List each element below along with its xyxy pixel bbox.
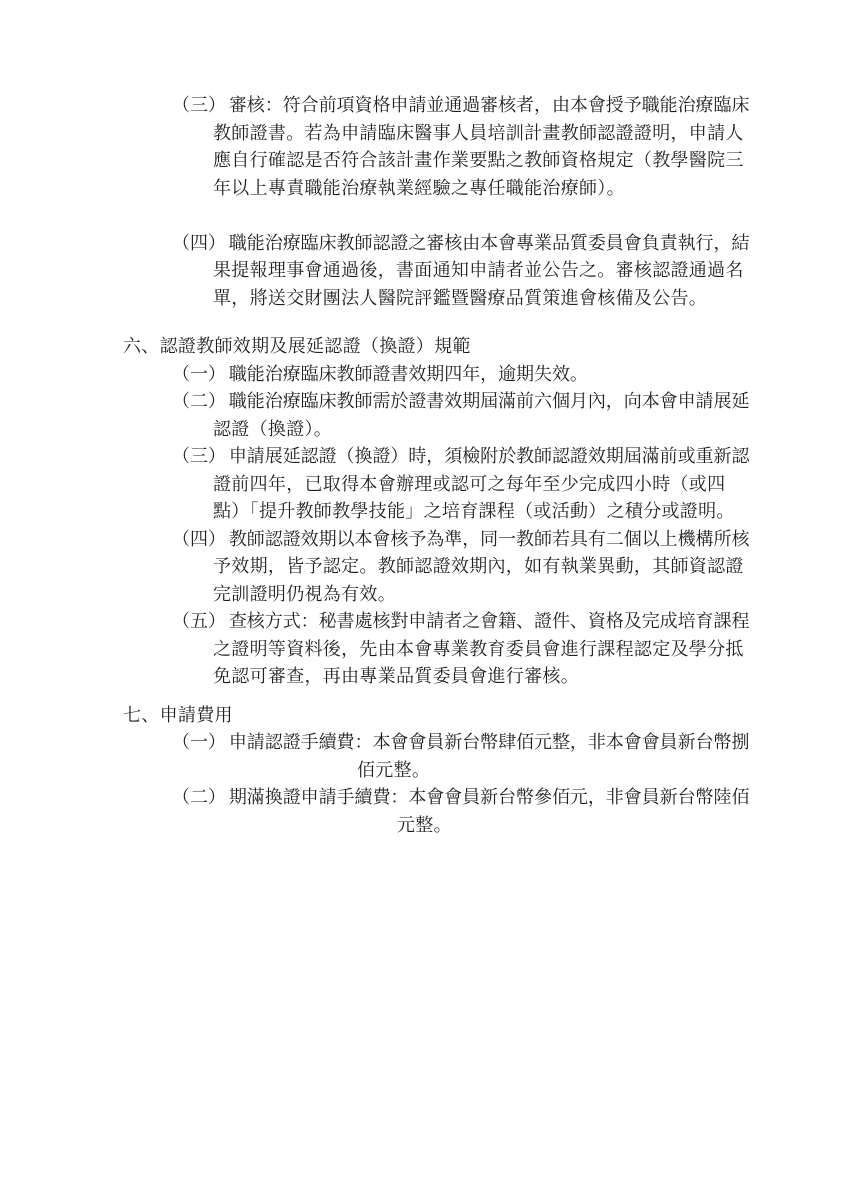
item-marker: （三） [172, 95, 226, 116]
item-text: 申請認證手續費：本會會員新台幣肆佰元整，非本會會員新台幣捌 [229, 732, 750, 753]
item-continuation-line: 元整。 [0, 812, 849, 840]
item-text: 職能治療臨床教師認證之審核由本會專業品質委員會負責執行，結 [229, 233, 750, 254]
item-continuation-line: 應自行確認是否符合該計畫作業要點之教師資格規定（教學醫院三 [0, 147, 849, 175]
item-text: 職能治療臨床教師證書效期四年，逾期失效。 [229, 364, 588, 385]
item-continuation-line: 點）「提升教師教學技能」之培育課程（或活動）之積分或證明。 [0, 498, 849, 526]
list-item: （二）期滿換證申請手續費：本會會員新台幣參佰元，非會員新台幣陸佰 元整。 [0, 784, 849, 839]
item-continuation-line: 予效期，皆予認定。教師認證效期內，如有執業異動，其師資認證 [0, 553, 849, 581]
section-heading: 七、申請費用 [0, 702, 849, 730]
item-line: （三）審核：符合前項資格申請並通過審核者，由本會授予職能治療臨床 [0, 92, 849, 120]
list-item: （一）申請認證手續費：本會會員新台幣肆佰元整，非本會會員新台幣捌 佰元整。 [0, 729, 849, 784]
list-item: （五）查核方式：秘書處核對申請者之會籍、證件、資格及完成培育課程 之證明等資料後… [0, 608, 849, 691]
item-marker: （四） [172, 233, 226, 254]
item-marker: （二） [172, 391, 226, 412]
list-item: （二）職能治療臨床教師需於證書效期屆滿前六個月內，向本會申請展延 認證（換證）。 [0, 388, 849, 443]
item-line: （五）查核方式：秘書處核對申請者之會籍、證件、資格及完成培育課程 [0, 608, 849, 636]
item-continuation-line: 年以上專責職能治療執業經驗之專任職能治療師）。 [0, 175, 849, 203]
item-text: 查核方式：秘書處核對申請者之會籍、證件、資格及完成培育課程 [229, 611, 750, 632]
item-marker: （四） [172, 529, 226, 550]
item-continuation-line: 果提報理事會通過後，書面通知申請者並公告之。審核認證通過名 [0, 257, 849, 285]
item-continuation-line: 佰元整。 [0, 757, 849, 785]
item-continuation-line: 免認可審查，再由專業品質委員會進行審核。 [0, 663, 849, 691]
item-marker: （一） [172, 364, 226, 385]
document-page: （三）審核：符合前項資格申請並通過審核者，由本會授予職能治療臨床 教師證書。若為… [0, 0, 849, 1200]
item-marker: （三） [172, 446, 226, 467]
item-continuation-line: 之證明等資料後，先由本會專業教育委員會進行課程認定及學分抵 [0, 636, 849, 664]
item-line: （二）職能治療臨床教師需於證書效期屆滿前六個月內，向本會申請展延 [0, 388, 849, 416]
list-item: （三）申請展延認證（換證）時，須檢附於教師認證效期屆滿前或重新認 證前四年，已取… [0, 443, 849, 526]
item-continuation-line: 完訓證明仍視為有效。 [0, 581, 849, 609]
item-line: （四）職能治療臨床教師認證之審核由本會專業品質委員會負責執行，結 [0, 230, 849, 258]
list-item: （一）職能治療臨床教師證書效期四年，逾期失效。 [0, 361, 849, 389]
item-line: （二）期滿換證申請手續費：本會會員新台幣參佰元，非會員新台幣陸佰 [0, 784, 849, 812]
item-line: （一）申請認證手續費：本會會員新台幣肆佰元整，非本會會員新台幣捌 [0, 729, 849, 757]
item-line: （一）職能治療臨床教師證書效期四年，逾期失效。 [0, 361, 849, 389]
item-text: 期滿換證申請手續費：本會會員新台幣參佰元，非會員新台幣陸佰 [229, 787, 750, 808]
document-body: （三）審核：符合前項資格申請並通過審核者，由本會授予職能治療臨床 教師證書。若為… [0, 92, 849, 839]
item-text: 申請展延認證（換證）時，須檢附於教師認證效期屆滿前或重新認 [229, 446, 750, 467]
list-item: （三）審核：符合前項資格申請並通過審核者，由本會授予職能治療臨床 教師證書。若為… [0, 92, 849, 202]
list-item: （四）教師認證效期以本會核予為準，同一教師若具有二個以上機構所核 予效期，皆予認… [0, 526, 849, 609]
item-continuation-line: 教師證書。若為申請臨床醫事人員培訓計畫教師認證證明，申請人 [0, 120, 849, 148]
item-continuation-line: 認證（換證）。 [0, 416, 849, 444]
list-item: （四）職能治療臨床教師認證之審核由本會專業品質委員會負責執行，結 果提報理事會通… [0, 230, 849, 313]
item-marker: （二） [172, 787, 226, 808]
item-text: 審核：符合前項資格申請並通過審核者，由本會授予職能治療臨床 [229, 95, 750, 116]
section-heading: 六、認證教師效期及展延認證（換證）規範 [0, 333, 849, 361]
item-line: （三）申請展延認證（換證）時，須檢附於教師認證效期屆滿前或重新認 [0, 443, 849, 471]
item-marker: （一） [172, 732, 226, 753]
item-continuation-line: 證前四年，已取得本會辦理或認可之每年至少完成四小時（或四 [0, 471, 849, 499]
item-text: 教師認證效期以本會核予為準，同一教師若具有二個以上機構所核 [229, 529, 750, 550]
item-text: 職能治療臨床教師需於證書效期屆滿前六個月內，向本會申請展延 [229, 391, 750, 412]
item-marker: （五） [172, 611, 226, 632]
item-line: （四）教師認證效期以本會核予為準，同一教師若具有二個以上機構所核 [0, 526, 849, 554]
item-continuation-line: 單，將送交財團法人醫院評鑑暨醫療品質策進會核備及公告。 [0, 285, 849, 313]
